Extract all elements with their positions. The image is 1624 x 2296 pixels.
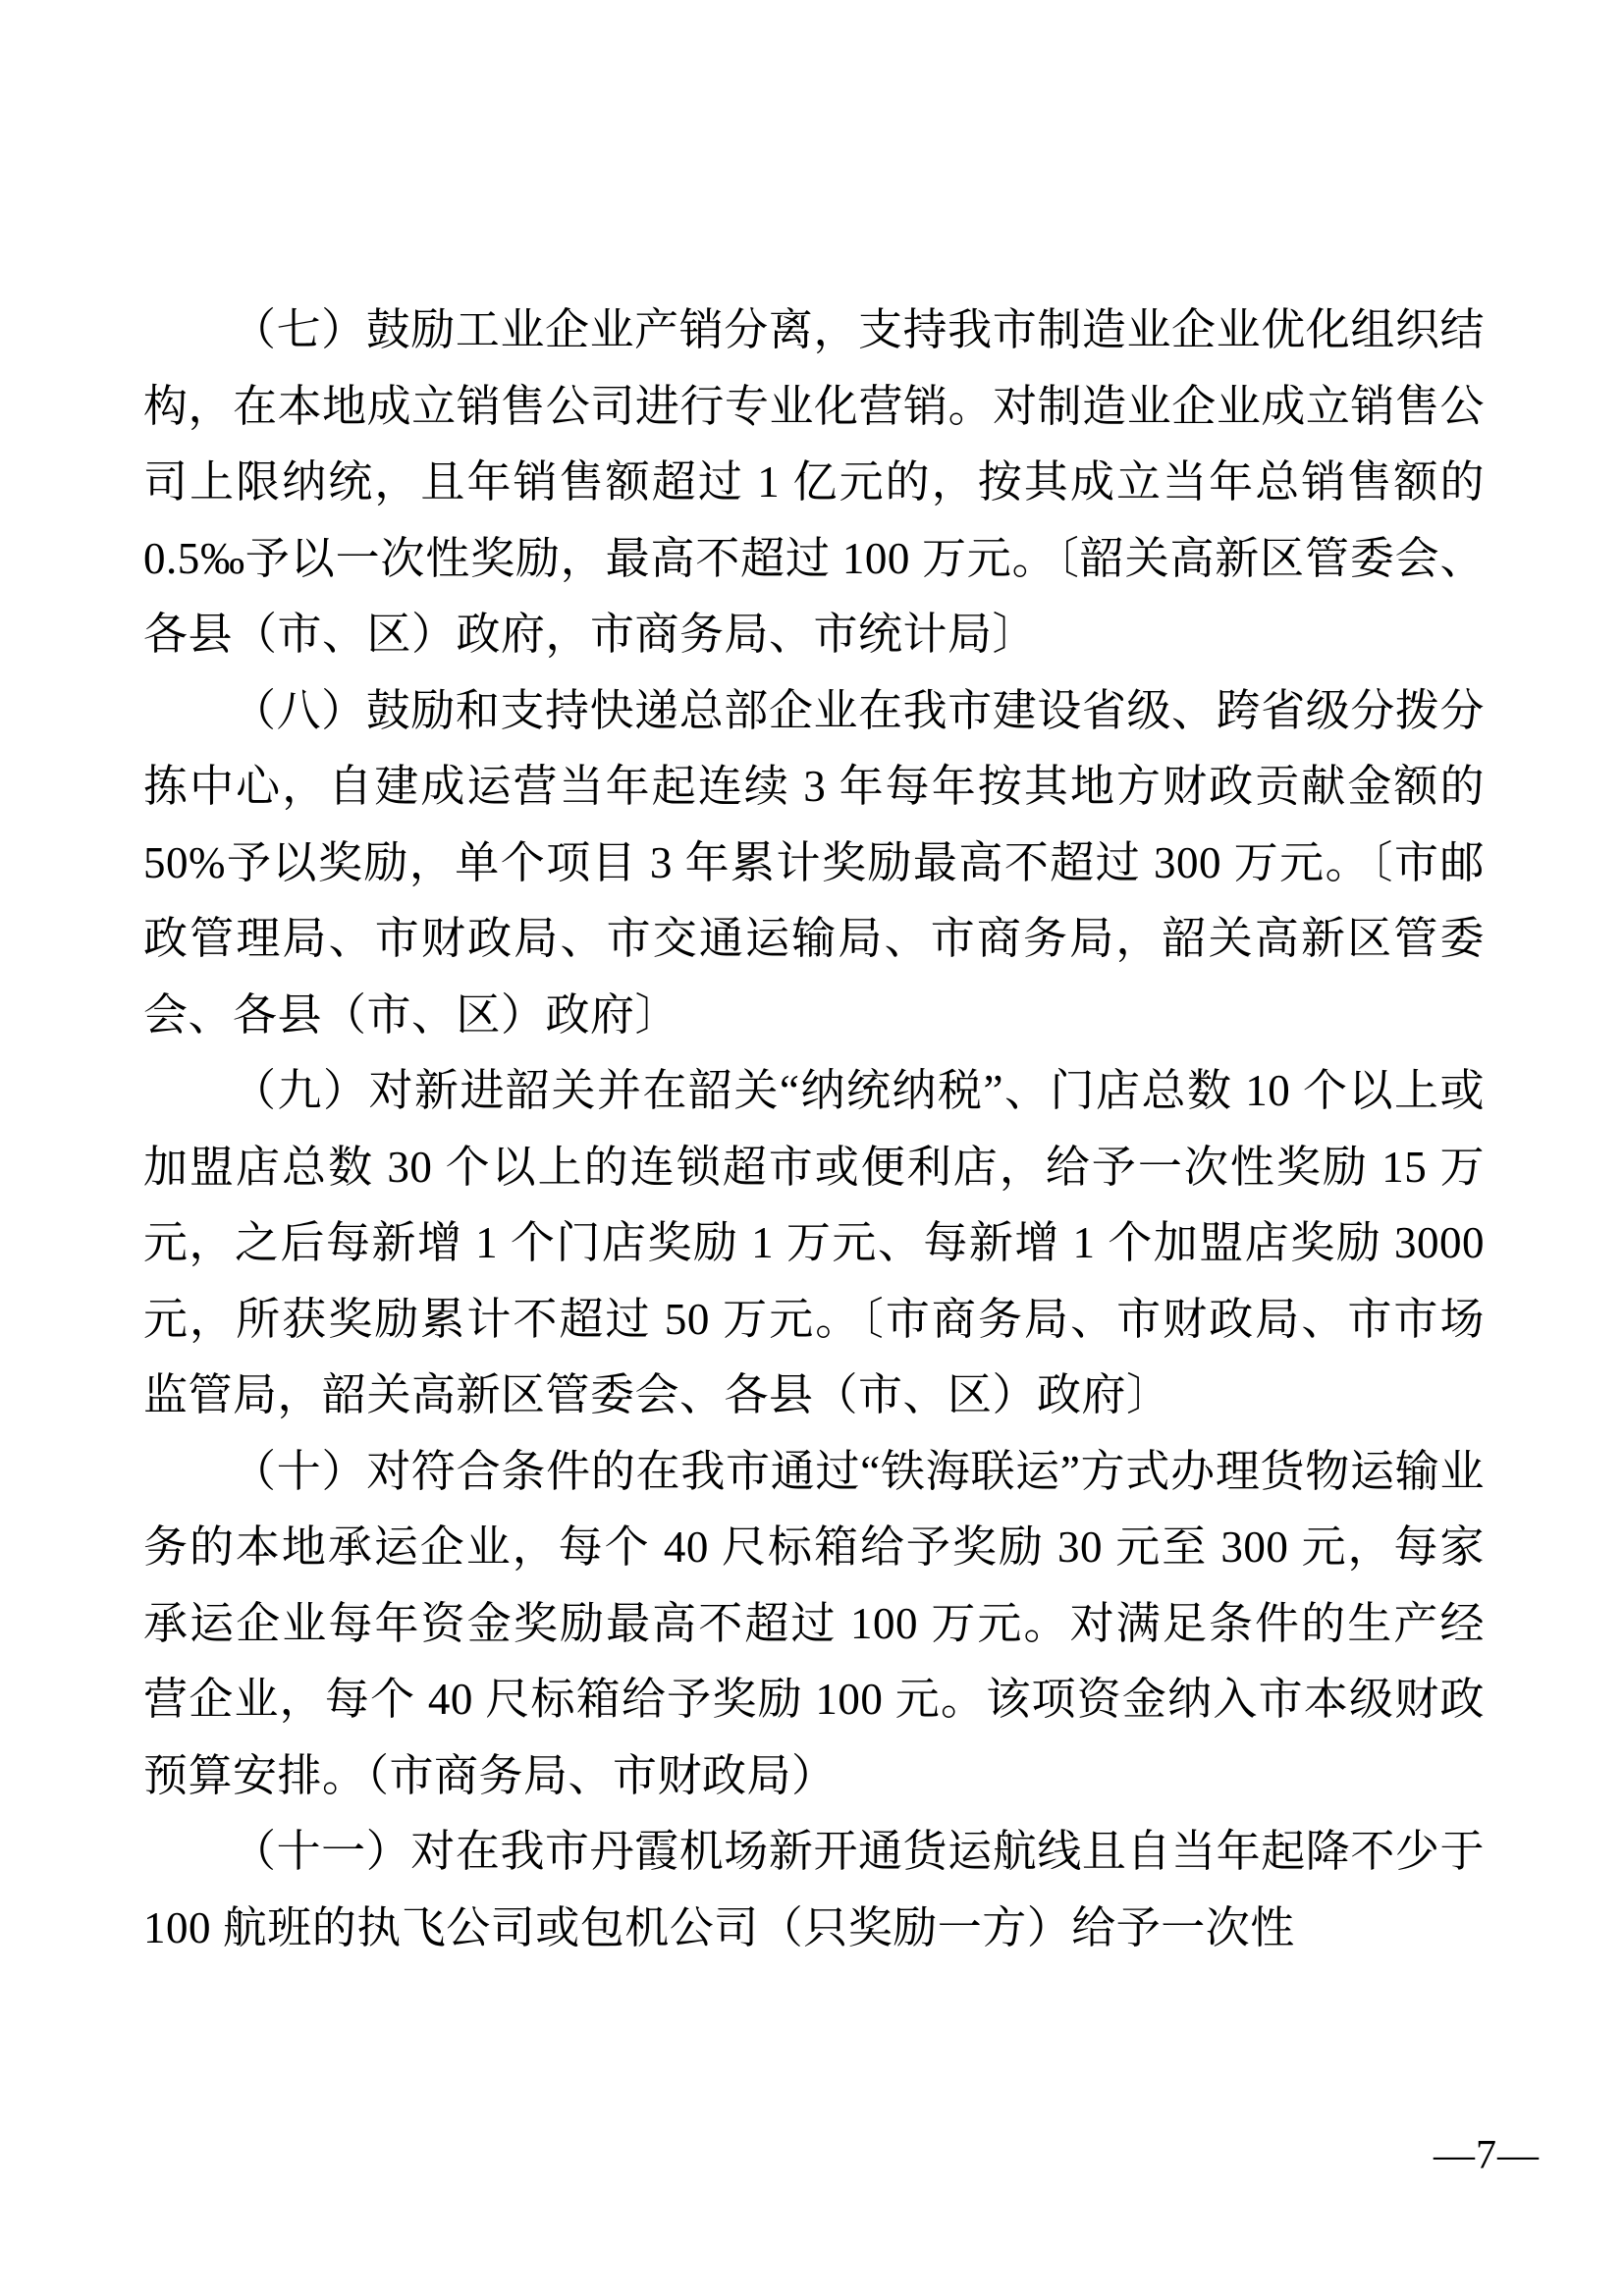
paragraph-item-8: （八）鼓励和支持快递总部企业在我市建设省级、跨省级分拨分拣中心，自建成运营当年起…: [143, 673, 1485, 1054]
paragraph-item-9: （九）对新进韶关并在韶关“纳统纳税”、门店总数 10 个以上或加盟店总数 30 …: [143, 1053, 1485, 1434]
document-page: （七）鼓励工业企业产销分离，支持我市制造业企业优化组织结构，在本地成立销售公司进…: [0, 0, 1624, 2296]
paragraph-item-7: （七）鼓励工业企业产销分离，支持我市制造业企业优化组织结构，在本地成立销售公司进…: [143, 293, 1485, 673]
document-body: （七）鼓励工业企业产销分离，支持我市制造业企业优化组织结构，在本地成立销售公司进…: [143, 293, 1485, 1966]
paragraph-item-11: （十一）对在我市丹霞机场新开通货运航线且自当年起降不少于 100 航班的执飞公司…: [143, 1814, 1485, 1966]
page-number: —7—: [1434, 2132, 1540, 2179]
paragraph-item-10: （十）对符合条件的在我市通过“铁海联运”方式办理货物运输业务的本地承运企业，每个…: [143, 1434, 1485, 1815]
